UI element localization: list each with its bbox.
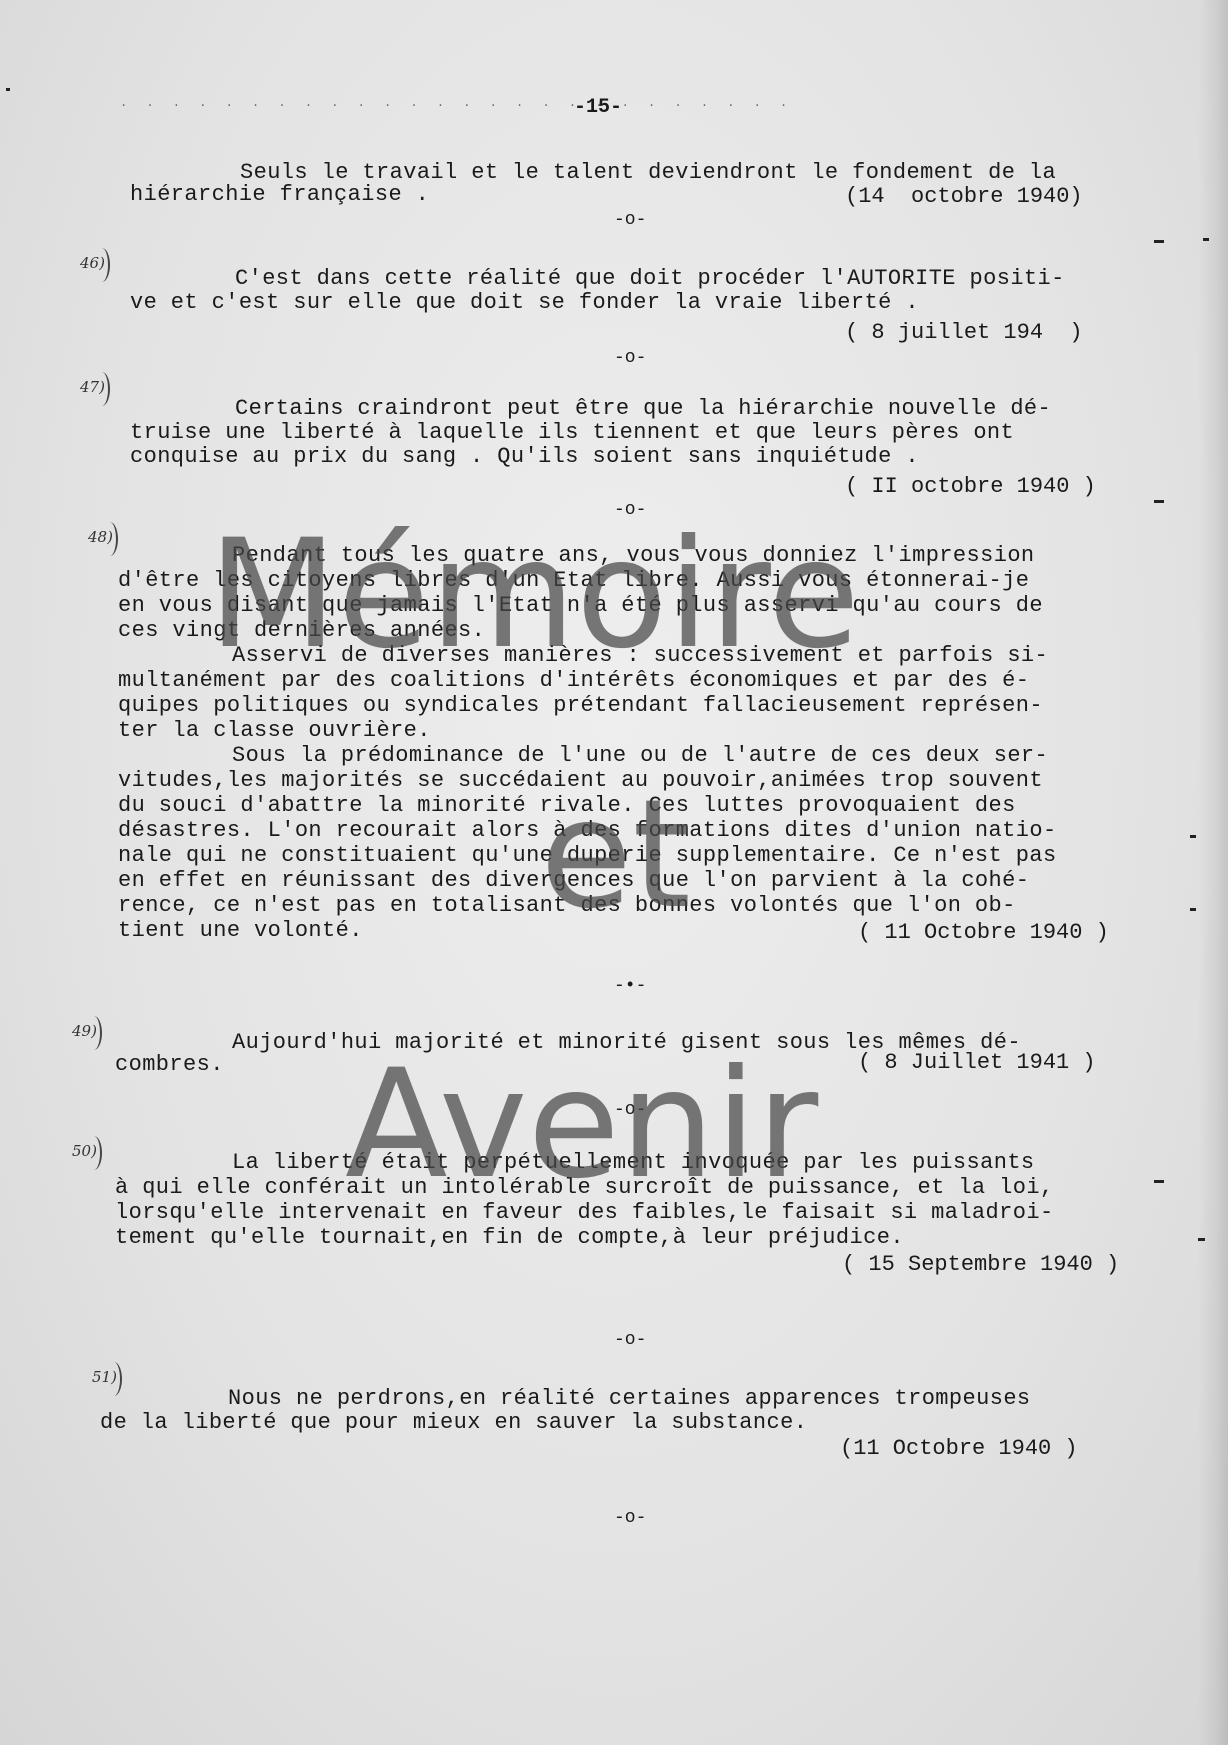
quote-line: combres. [115,1052,224,1078]
quote-line: La liberté était perpétuellement invoqué… [232,1150,1035,1176]
quote-line: de la liberté que pour mieux en sauver l… [100,1410,807,1436]
separator: -o- [614,348,646,368]
quote-date: ( 8 Juillet 1941 ) [858,1050,1096,1075]
margin-number: 50) [72,1142,97,1160]
quote-line: en vous disant que jamais l'Etat n'a été… [118,593,1043,619]
scan-speck [1203,238,1209,241]
quote-date: (14 octobre 1940) [845,184,1083,209]
scan-speck [1154,500,1164,503]
scan-speck [1154,240,1164,243]
quote-line: désastres. L'on recourait alors à des fo… [118,818,1057,844]
quote-line: conquise au prix du sang . Qu'ils soient… [130,444,919,470]
margin-number: 47) [80,378,105,396]
quote-line: en effet en réunissant des divergences q… [118,868,1029,894]
quote-date: ( 15 Septembre 1940 ) [842,1252,1119,1277]
quote-line: nale qui ne constituaient qu'une duperie… [118,843,1057,869]
quote-line: Certains craindront peut être que la hié… [235,396,1051,422]
quote-line: hiérarchie française . [130,182,429,208]
scanned-page: . . . . . . . . . . . . . . . . . . . . … [0,0,1228,1745]
separator: -o- [614,1100,646,1120]
quote-line: Nous ne perdrons,en réalité certaines ap… [228,1386,1031,1412]
page-number: -15- [574,96,622,119]
quote-line: rence, ce n'est pas en totalisant des bo… [118,893,1016,919]
scan-speck [1154,1180,1164,1183]
quote-line: ces vingt dernières années. [118,618,485,644]
quote-line: tement qu'elle tournait,en fin de compte… [115,1225,904,1251]
quote-date: ( 8 juillet 194 ) [845,320,1083,345]
quote-line: multanément par des coalitions d'intérêt… [118,668,1029,694]
quote-date: ( II octobre 1940 ) [845,474,1096,499]
quote-line: du souci d'abattre la minorité rivale. C… [118,793,1016,819]
separator: -o- [614,210,646,230]
quote-line: vitudes,les majorités se succédaient au … [118,768,1043,794]
quote-line: quipes politiques ou syndicales prétenda… [118,693,1043,719]
margin-number: 46) [80,254,105,272]
quote-line: Asservi de diverses manières : successiv… [232,643,1048,669]
separator: -•- [614,976,646,996]
margin-number: 48) [88,528,113,546]
separator: -o- [614,500,646,520]
quote-line: lorsqu'elle intervenait en faveur des fa… [115,1200,1054,1226]
quote-line: Pendant tous les quatre ans, vous vous d… [232,543,1035,569]
quote-line: truise une liberté à laquelle ils tienne… [130,420,1014,446]
quote-date: (11 Octobre 1940 ) [840,1436,1078,1461]
scan-speck [1190,835,1196,838]
quote-line: ter la classe ouvrière. [118,718,431,744]
separator: -o- [614,1508,646,1528]
quote-line: à qui elle conférait un intolérable surc… [115,1175,1054,1201]
quote-line: tient une volonté. [118,918,363,944]
quote-line: Sous la prédominance de l'une ou de l'au… [232,743,1048,769]
quote-line: d'être les citoyens libres d'un Etat lib… [118,568,1029,594]
header-dots: . . . . . . . . . . . . . . . . . . . . … [120,96,793,110]
margin-number: 51) [92,1368,117,1386]
quote-line: C'est dans cette réalité que doit procéd… [235,266,1065,292]
scan-speck [6,88,10,91]
quote-line: ve et c'est sur elle que doit se fonder … [130,290,919,316]
scan-speck [1190,908,1196,911]
scan-speck [1198,1238,1205,1241]
margin-number: 49) [72,1022,97,1040]
page-edge-shadow [1198,0,1228,1745]
separator: -o- [614,1330,646,1350]
quote-date: ( 11 Octobre 1940 ) [858,920,1109,945]
